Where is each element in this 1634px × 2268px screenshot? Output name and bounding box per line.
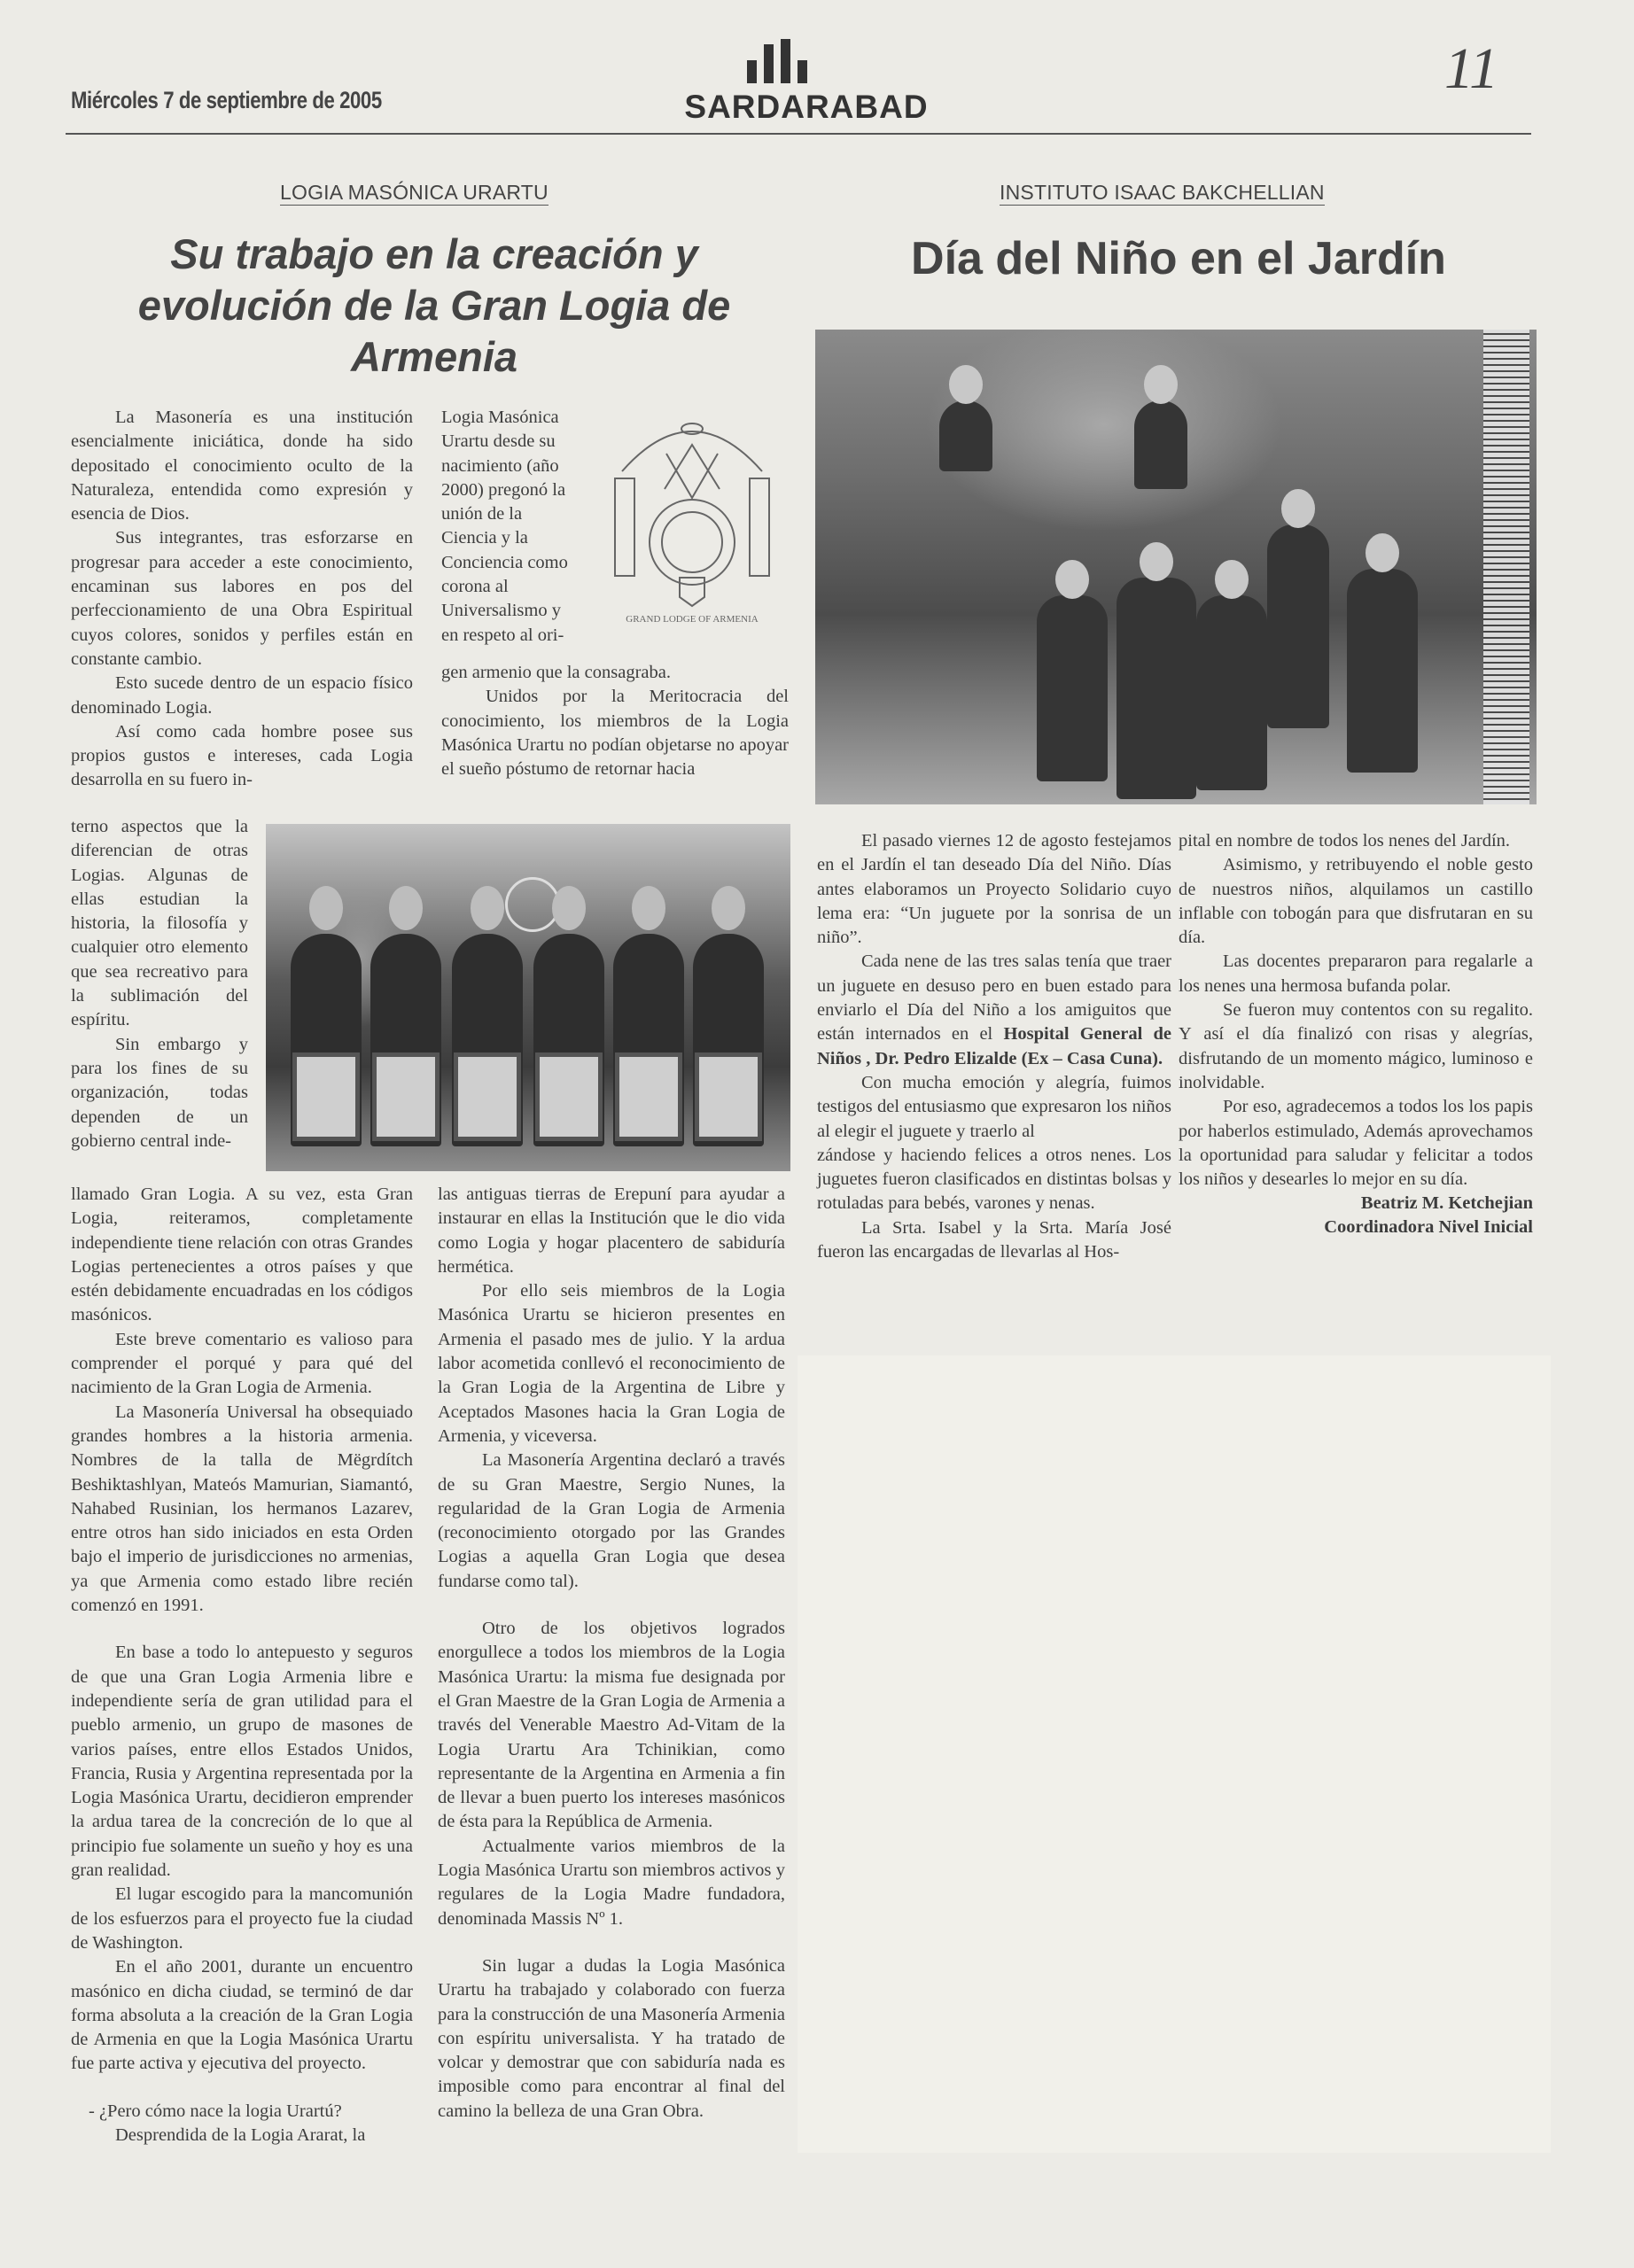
article-right-headline: Día del Niño en el Jardín <box>851 232 1506 285</box>
article-left-col1-top: La Masonería es una institución esencial… <box>71 406 413 793</box>
article-left-col2-top: gen armenio que la consagraba. Unidos po… <box>441 661 789 781</box>
blank-area <box>798 1355 1551 2153</box>
article-left-kicker: LOGIA MASÓNICA URARTU <box>280 181 549 205</box>
issue-date: Miércoles 7 de septiembre de 2005 <box>71 87 382 114</box>
article-left-headline: Su trabajo en la creación y evolución de… <box>97 229 771 383</box>
newspaper-logo-icon <box>747 39 836 83</box>
article-right-col1: El pasado viernes 12 de agosto festejamo… <box>817 829 1171 1264</box>
article-left-col2-narrow: Logia Masónica Urartu desde su nacimient… <box>441 406 576 648</box>
article-right-col2: pital en nombre de todos los nenes del J… <box>1179 829 1533 1239</box>
page-number: 11 <box>1444 35 1498 103</box>
header-rule <box>66 133 1531 135</box>
article-right-kicker: INSTITUTO ISAAC BAKCHELLIAN <box>1000 181 1325 205</box>
masonic-emblem-icon: GRAND LODGE OF ARMENIA <box>595 400 789 633</box>
grand-lodge-seal: GRAND LODGE OF ARMENIA <box>595 400 789 633</box>
article-left-col2-bottom: las antiguas tierras de Erepuní para ayu… <box>438 1183 785 2124</box>
author-signature: Beatriz M. Ketchejian Coordinadora Nivel… <box>1179 1192 1533 1239</box>
masthead: SARDARABAD <box>631 89 982 126</box>
article-left-col1-bottom: llamado Gran Logia. A su vez, esta Gran … <box>71 1183 413 2148</box>
article-left-col1-narrow: terno aspectos que la diferencian de otr… <box>71 815 248 1153</box>
masons-group-photo <box>266 824 790 1171</box>
children-photo <box>815 330 1537 804</box>
svg-text:GRAND LODGE OF ARMENIA: GRAND LODGE OF ARMENIA <box>626 614 758 625</box>
